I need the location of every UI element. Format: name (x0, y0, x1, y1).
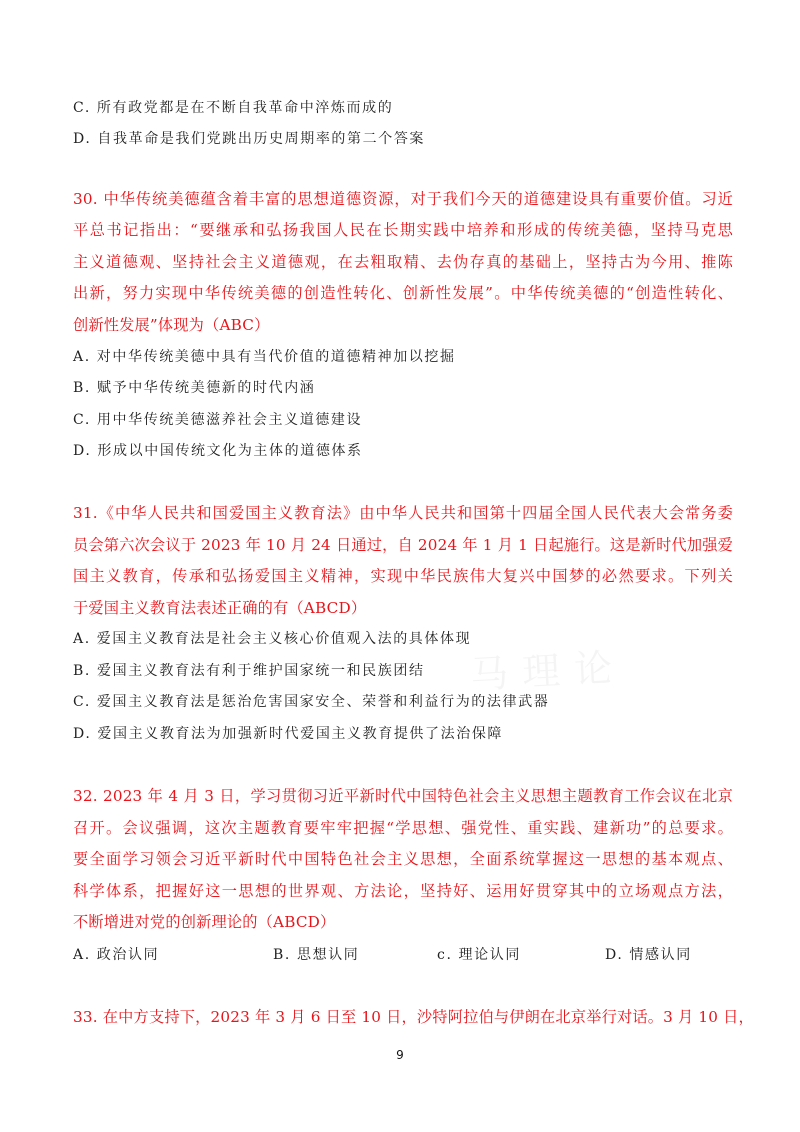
question-32-line-4: 科学体系，把握好这一思想的世界观、方法论，坚持好、运用好贯穿其中的立场观点方法， (73, 881, 733, 901)
question-30-line-4: 出新，努力实现中华传统美德的创造性转化、创新性发展”。中华传统美德的“创造性转化… (73, 283, 733, 303)
question-31-line-1: 31.《中华人民共和国爱国主义教育法》由中华人民共和国第十四届全国人民代表大会常… (73, 503, 733, 523)
question-32-option-c: c. 理论认同 (437, 944, 521, 964)
question-31-option-b: B. 爱国主义教育法有利于维护国家统一和民族团结 (73, 661, 733, 681)
question-31-option-a: A. 爱国主义教育法是社会主义核心价值观入法的具体体现 (73, 629, 733, 649)
question-30-line-5: 创新性发展”体现为（ABC） (73, 315, 733, 335)
question-31-line-2: 员会第六次会议于 2023 年 10 月 24 日通过，自 2024 年 1 月… (73, 535, 733, 555)
question-32-option-d: D. 情感认同 (605, 944, 692, 964)
question-32-line-5: 不断增进对党的创新理论的（ABCD） (73, 912, 733, 932)
page-number: 9 (0, 1048, 800, 1062)
option-c-prev: C. 所有政党都是在不断自我革命中淬炼而成的 (73, 98, 733, 118)
question-32-line-2: 召开。会议强调，这次主题教育要牢牢把握“学思想、强党性、重实践、建新功”的总要求… (73, 818, 733, 838)
question-32-line-3: 要全面学习领会习近平新时代中国特色社会主义思想，全面系统掌握这一思想的基本观点、 (73, 849, 733, 869)
option-d-prev: D. 自我革命是我们党跳出历史周期率的第二个答案 (73, 129, 733, 149)
question-33-line-1: 33. 在中方支持下，2023 年 3 月 6 日至 10 日，沙特阿拉伯与伊朗… (73, 1007, 733, 1027)
question-30-option-c: C. 用中华传统美德滋养社会主义道德建设 (73, 410, 733, 430)
question-30-option-b: B. 赋予中华传统美德新的时代内涵 (73, 378, 733, 398)
question-31-option-d: D. 爱国主义教育法为加强新时代爱国主义教育提供了法治保障 (73, 724, 733, 744)
question-30-option-a: A. 对中华传统美德中具有当代价值的道德精神加以挖掘 (73, 347, 733, 367)
question-31-line-4: 于爱国主义教育法表述正确的有（ABCD） (73, 598, 733, 618)
question-30-option-d: D. 形成以中国传统文化为主体的道德体系 (73, 441, 733, 461)
document-page: 马理论 C. 所有政党都是在不断自我革命中淬炼而成的 D. 自我革命是我们党跳出… (0, 0, 800, 1132)
question-30-line-2: 平总书记指出：“要继承和弘扬我国人民在长期实践中培养和形成的传统美德，坚持马克思 (73, 220, 733, 240)
question-30-line-1: 30. 中华传统美德蕴含着丰富的思想道德资源，对于我们今天的道德建设具有重要价值… (73, 189, 733, 209)
question-30-line-3: 主义道德观、坚持社会主义道德观，在去粗取精、去伪存真的基础上，坚持古为今用、推陈 (73, 252, 733, 272)
question-31-option-c: C. 爱国主义教育法是惩治危害国家安全、荣誉和利益行为的法律武器 (73, 692, 733, 712)
question-32-option-a: A. 政治认同 (73, 944, 159, 964)
question-32-line-1: 32. 2023 年 4 月 3 日，学习贯彻习近平新时代中国特色社会主义思想主… (73, 786, 733, 806)
question-32-option-b: B. 思想认同 (273, 944, 359, 964)
question-31-line-3: 国主义教育，传承和弘扬爱国主义精神，实现中华民族伟大复兴中国梦的必然要求。下列关 (73, 566, 733, 586)
